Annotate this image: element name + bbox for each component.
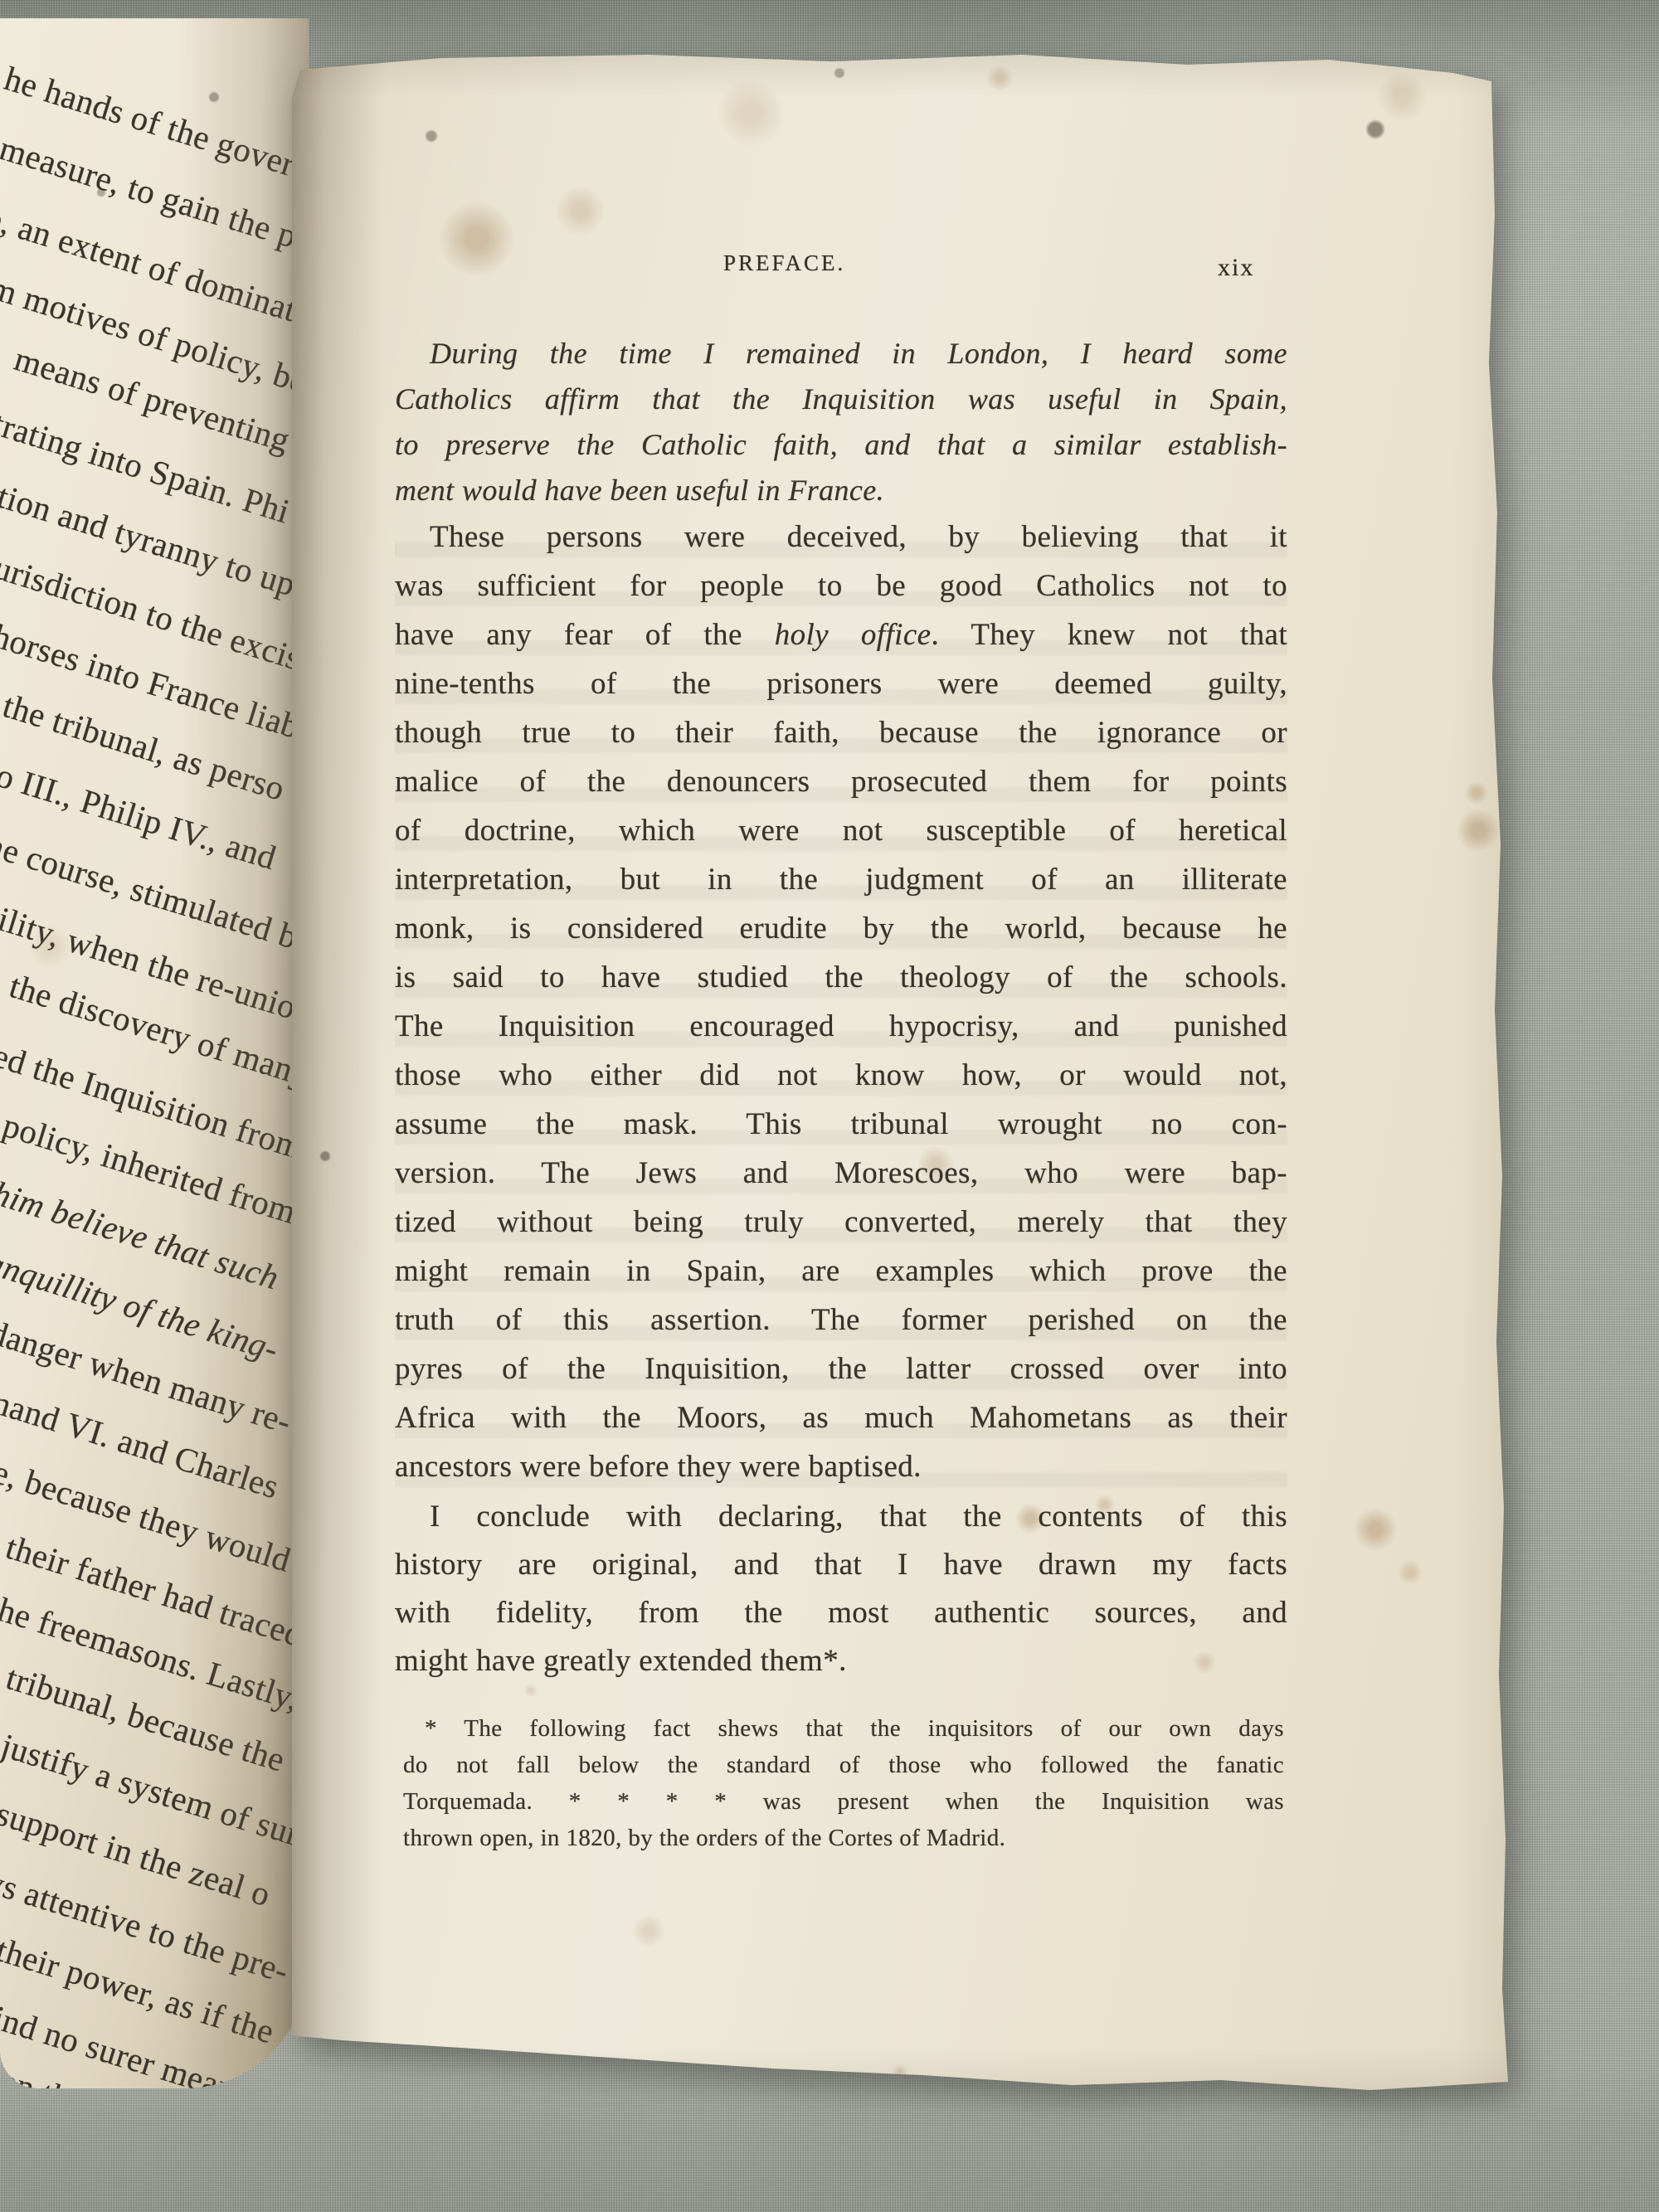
text-line: Catholics affirm that the Inquisition wa…	[395, 377, 1287, 422]
text-line: him believe that such	[0, 1173, 284, 1298]
text-line: justify a system of sur-	[0, 1725, 309, 1857]
paragraph-conclusion: I conclude with declaring, that the cont…	[395, 1493, 1287, 1685]
running-header: PREFACE.	[723, 250, 845, 276]
foxing-stain	[718, 80, 784, 146]
text-line: support in the zeal o	[0, 1793, 275, 1914]
text-line: tribunal, because the	[2, 1657, 289, 1780]
left-page: he hands of the govermeasure, to gain th…	[0, 18, 309, 2088]
text-line: nine-tenths of the prisoners were deemed…	[395, 659, 1287, 708]
text-line: ed the Inquisition from	[0, 1035, 308, 1167]
text-line: he freemasons. Lastly,	[0, 1589, 304, 1719]
text-line: of doctrine, which were not susceptible …	[395, 806, 1287, 855]
ink-speck	[96, 187, 106, 197]
text-line: pyres of the Inquisition, the latter cro…	[395, 1344, 1287, 1393]
text-segment: have any fear of the	[395, 618, 775, 652]
italic-phrase: holy office	[775, 618, 932, 652]
text-line: Africa with the Moors, as much Mahometan…	[395, 1393, 1287, 1442]
text-line: might have greatly extended them*.	[395, 1637, 1287, 1685]
text-line: ition and tyranny to uphol	[0, 473, 309, 617]
text-line: the discovery of many	[5, 965, 309, 1095]
text-segment: . They knew not that	[931, 618, 1287, 652]
foxing-stain	[556, 186, 606, 236]
text-line: e, because they would	[0, 1451, 295, 1580]
text-line: These persons were deceived, by believin…	[395, 513, 1287, 562]
text-line: jurisdiction to the excis	[0, 544, 306, 678]
text-line: I conclude with declaring, that the cont…	[395, 1493, 1287, 1541]
text-line: means of preventing	[10, 338, 294, 460]
paragraph-intro-italic: During the time I remained in London, I …	[395, 331, 1287, 513]
text-line: their power, as if the	[0, 1929, 279, 2052]
text-line: those who either did not know how, or wo…	[395, 1051, 1287, 1100]
text-line: monk, is considered erudite by the world…	[395, 904, 1287, 953]
page-number: xix	[1218, 254, 1254, 282]
text-line: ind no surer means o	[0, 1997, 279, 2088]
text-line: do not fall below the standard of those …	[403, 1747, 1284, 1783]
text-line: thrown open, in 1820, by the orders of t…	[403, 1820, 1284, 1856]
text-line: he hands of the gover	[0, 58, 300, 184]
text-line: policy, inherited from	[0, 1105, 301, 1232]
ink-speck	[208, 91, 220, 103]
text-line: * The following fact shews that the inqu…	[403, 1710, 1284, 1747]
ink-speck	[319, 1150, 331, 1162]
text-line: ys attentive to the pre-	[0, 1861, 294, 1991]
text-line: though true to their faith, because the …	[395, 708, 1287, 757]
foxing-stain	[524, 1684, 538, 1697]
text-line: was sufficient for people to be good Cat…	[395, 562, 1287, 610]
foxing-stain	[632, 1914, 665, 1947]
text-line: trating into Spain. Phi	[0, 403, 294, 531]
text-line: version. The Jews and Morescoes, who wer…	[395, 1149, 1287, 1198]
text-line: assume the mask. This tribunal wrought n…	[395, 1100, 1287, 1149]
footnote: * The following fact shews that the inqu…	[403, 1710, 1284, 1856]
text-line: might remain in Spain, are examples whic…	[395, 1247, 1287, 1296]
text-line: an the terror inspired by	[0, 2060, 309, 2088]
text-line: t their father had traced,	[0, 1521, 309, 1658]
text-line: with fidelity, from the most authentic s…	[395, 1589, 1287, 1637]
foxing-stain	[28, 926, 71, 969]
foxing-stain	[1465, 781, 1488, 805]
foxing-stain	[1398, 1560, 1423, 1585]
text-line: tized without being truly converted, mer…	[395, 1198, 1287, 1247]
text-line: truth of this assertion. The former peri…	[395, 1296, 1287, 1344]
foxing-stain	[1354, 1508, 1397, 1551]
ink-speck	[834, 67, 845, 79]
text-line: cility, when the re-union	[0, 894, 309, 1033]
text-line: danger when many re-	[0, 1312, 296, 1441]
text-line: Torquemada. * * * * was present when the…	[403, 1783, 1284, 1820]
text-line: During the time I remained in London, I …	[395, 331, 1287, 377]
foxing-stain	[1457, 809, 1500, 852]
text-line: measure, to gain the p	[0, 128, 302, 256]
text-line: have any fear of the holy office. They k…	[395, 610, 1287, 659]
text-line: horses into France liab	[0, 615, 304, 746]
text-line: anquillity of the king-	[0, 1242, 284, 1369]
text-line: ancestors were before they were baptised…	[395, 1442, 1287, 1491]
foxing-stain	[440, 202, 514, 276]
text-line: is said to have studied the theology of …	[395, 953, 1287, 1002]
text-line: m motives of policy, be	[0, 267, 309, 401]
right-page: PREFACE. xix During the time I remained …	[292, 48, 1511, 2103]
text-line: the tribunal, as perso	[0, 685, 289, 809]
right-page-surface: PREFACE. xix During the time I remained …	[292, 48, 1511, 2103]
text-line: nand VI. and Charles	[0, 1382, 284, 1506]
text-line: The Inquisition encouraged hypocrisy, an…	[395, 1002, 1287, 1051]
text-line: ment would have been useful in France.	[395, 468, 1287, 513]
text-line: e, an extent of dominat	[0, 197, 301, 329]
text-line: interpretation, but in the judgment of a…	[395, 855, 1287, 904]
text-line: history are original, and that I have dr…	[395, 1541, 1287, 1589]
text-line: to preserve the Catholic faith, and that…	[395, 422, 1287, 468]
foxing-stain	[1377, 71, 1427, 121]
paragraph-main: These persons were deceived, by believin…	[395, 513, 1287, 1491]
ink-speck	[425, 129, 438, 143]
text-line: o III., Philip IV., and	[0, 755, 281, 878]
text-line: ne course, stimulated by	[0, 824, 309, 962]
ink-speck	[1365, 119, 1385, 139]
text-line: malice of the denouncers prosecuted them…	[395, 757, 1287, 806]
foxing-stain	[986, 65, 1013, 91]
foxing-stain	[892, 2064, 908, 2080]
book-photo: he hands of the govermeasure, to gain th…	[0, 0, 1659, 2212]
